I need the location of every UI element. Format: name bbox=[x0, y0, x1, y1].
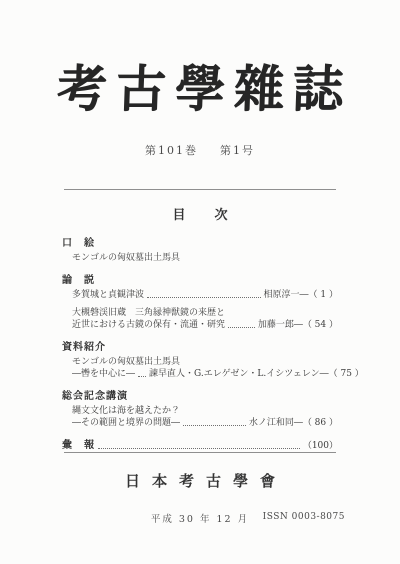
entry-subtitle: 近世における古鏡の保有・流通・研究 bbox=[72, 319, 225, 331]
toc-entry: モンゴルの匈奴墓出土馬具 bbox=[62, 252, 338, 264]
entry-subtitle: ―その範囲と境界の問題― bbox=[72, 417, 180, 429]
entry-title-line: 縄文文化は海を越えたか？ bbox=[72, 405, 338, 417]
toc-entry: 多賀城と貞観津波 相原淳一―（ 1 ） bbox=[62, 289, 338, 301]
entry-author-page: 相原淳一―（ 1 ） bbox=[264, 289, 338, 301]
section-header-miscellany: 彙 報 bbox=[62, 440, 95, 452]
footer-line: 平成 30 年 12 月 ISSN 0003-8075 bbox=[0, 511, 400, 525]
entry-author-page: 諫早直人・G.エレゲゼン・L.イシツェレン―（ 75 ） bbox=[149, 368, 364, 380]
toc-section-lecture: 総会記念講演 縄文文化は海を越えたか？ ―その範囲と境界の問題― 水ノ江和同―（… bbox=[62, 391, 338, 429]
toc-section-articles: 論 説 多賀城と貞観津波 相原淳一―（ 1 ） 大槻磐渓旧蔵 三角縁神獣鏡の来歴… bbox=[62, 275, 338, 331]
volume-issue-line: 第101巻第1号 bbox=[0, 142, 400, 158]
toc-entry: モンゴルの匈奴墓出土馬具 ―轡を中心に― 諫早直人・G.エレゲゼン・L.イシツェ… bbox=[62, 356, 338, 380]
toc-section-frontispiece: 口 絵 モンゴルの匈奴墓出土馬具 bbox=[62, 238, 338, 264]
section-header-articles: 論 説 bbox=[62, 275, 338, 287]
entry-leader-line: 近世における古鏡の保有・流通・研究 加藤一郎―（ 54 ） bbox=[72, 319, 338, 331]
entry-leader-line: 彙 報 （100） bbox=[62, 440, 338, 452]
toc-entry: 縄文文化は海を越えたか？ ―その範囲と境界の問題― 水ノ江和同―（ 86 ） bbox=[62, 405, 338, 429]
cover-footer: 日本考古學會 平成 30 年 12 月 ISSN 0003-8075 bbox=[0, 452, 400, 525]
entry-author-page: 加藤一郎―（ 54 ） bbox=[258, 319, 338, 331]
entry-author-page: 水ノ江和同―（ 86 ） bbox=[249, 417, 338, 429]
publisher-name: 日本考古學會 bbox=[0, 470, 400, 491]
dotted-leader bbox=[138, 376, 146, 377]
entry-leader-line: 多賀城と貞観津波 相原淳一―（ 1 ） bbox=[72, 289, 338, 301]
entry-leader-line: ―その範囲と境界の問題― 水ノ江和同―（ 86 ） bbox=[72, 417, 338, 429]
toc-section-materials: 資料紹介 モンゴルの匈奴墓出土馬具 ―轡を中心に― 諫早直人・G.エレゲゼン・L… bbox=[62, 342, 338, 380]
section-header-frontispiece: 口 絵 bbox=[62, 238, 338, 250]
toc-title: 目 次 bbox=[0, 204, 400, 223]
issn-number: ISSN 0003-8075 bbox=[263, 512, 345, 522]
toc-section-miscellany: 彙 報 （100） bbox=[62, 440, 338, 452]
entry-title-line: 大槻磐渓旧蔵 三角縁神獣鏡の来歴と bbox=[72, 307, 338, 319]
section-header-materials: 資料紹介 bbox=[62, 342, 338, 354]
volume-number: 第101巻 bbox=[145, 144, 198, 157]
dotted-leader bbox=[183, 425, 246, 426]
masthead: 考古學雜誌 第101巻第1号 bbox=[0, 0, 400, 158]
bottom-divider-rule bbox=[64, 452, 336, 453]
issue-number: 第1号 bbox=[220, 144, 255, 157]
table-of-contents: 口 絵 モンゴルの匈奴墓出土馬具 論 説 多賀城と貞観津波 相原淳一―（ 1 ）… bbox=[0, 238, 400, 452]
journal-cover-page: 考古學雜誌 第101巻第1号 目 次 口 絵 モンゴルの匈奴墓出土馬具 論 説 … bbox=[0, 0, 400, 564]
top-divider-rule bbox=[64, 189, 336, 190]
dotted-leader bbox=[147, 297, 261, 298]
dotted-leader bbox=[98, 448, 300, 449]
entry-page: （100） bbox=[303, 440, 338, 452]
entry-subtitle: ―轡を中心に― bbox=[72, 368, 135, 380]
entry-title: 多賀城と貞観津波 bbox=[72, 289, 144, 301]
journal-title: 考古學雜誌 bbox=[0, 62, 400, 116]
entry-title-line: モンゴルの匈奴墓出土馬具 bbox=[72, 252, 338, 264]
entry-title-line: モンゴルの匈奴墓出土馬具 bbox=[72, 356, 338, 368]
toc-entry: 大槻磐渓旧蔵 三角縁神獣鏡の来歴と 近世における古鏡の保有・流通・研究 加藤一郎… bbox=[62, 307, 338, 331]
dotted-leader bbox=[228, 327, 255, 328]
entry-leader-line: ―轡を中心に― 諫早直人・G.エレゲゼン・L.イシツェレン―（ 75 ） bbox=[72, 368, 338, 380]
section-header-lecture: 総会記念講演 bbox=[62, 391, 338, 403]
